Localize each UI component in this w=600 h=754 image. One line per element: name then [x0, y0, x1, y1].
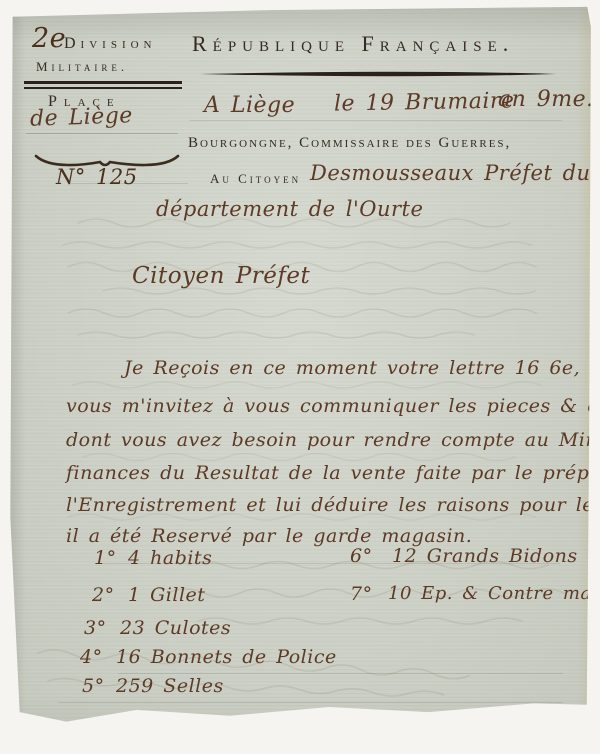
- list-item-number: 2°: [92, 584, 115, 606]
- list-item-text: 16 Bonnets de Police: [116, 646, 337, 668]
- guide-line: [190, 120, 562, 121]
- addressee-label: Au Citoyen: [210, 171, 301, 187]
- list-item-text: 23 Culotes: [120, 617, 231, 639]
- author-line: Bourgongne, Commissaire des Guerres,: [188, 135, 511, 152]
- guide-line: [58, 702, 563, 703]
- list-item-number: 6°: [350, 545, 373, 567]
- addressee-line2-handwritten: département de l'Ourte: [156, 197, 423, 221]
- date-main-handwritten: le 19 Brumaire: [334, 88, 515, 116]
- body-line: il a été Reservé par le garde magasin.: [66, 525, 472, 547]
- body-line: vous m'invitez à vous communiquer les pi…: [66, 395, 600, 417]
- list-item-text: 259 Selles: [116, 675, 224, 697]
- date-place-handwritten: A Liège: [204, 93, 295, 118]
- list-item-text: 10 Ep. & Contre marq.d: [388, 583, 600, 604]
- guide-line: [26, 133, 178, 134]
- place-city-handwritten: de Liège: [30, 103, 134, 132]
- list-item-number: 4°: [80, 646, 103, 668]
- document-number-handwritten: N° 125: [56, 165, 138, 189]
- republic-title: République Française.: [192, 31, 514, 57]
- body-line: Je Reçois en ce moment votre lettre 16 6…: [124, 357, 600, 379]
- militaire-label: Militaire.: [36, 59, 128, 75]
- body-line: finances du Resultat de la vente faite p…: [66, 462, 600, 484]
- guide-line: [118, 673, 563, 674]
- photo-of-letter: 2e Division Militaire. Place de Liège N°…: [0, 0, 600, 754]
- double-rule: [24, 81, 182, 89]
- division-label: Division: [64, 35, 157, 53]
- list-item-text: 1 Gillet: [128, 584, 205, 606]
- list-item-text: 4 habits: [128, 547, 212, 569]
- list-item-number: 7°: [350, 583, 373, 605]
- list-item-number: 5°: [82, 675, 105, 697]
- list-item-number: 3°: [84, 617, 107, 639]
- addressee-name-handwritten: Desmousseaux Préfet du: [310, 161, 591, 185]
- salutation: Citoyen Préfet: [132, 263, 310, 289]
- letter-paper: 2e Division Militaire. Place de Liège N°…: [8, 5, 592, 737]
- body-line: l'Enregistrement et lui déduire les rais…: [66, 494, 600, 516]
- list-item-number: 1°: [94, 547, 117, 569]
- swelled-rule: [198, 69, 558, 79]
- list-item-text: 12 Grands Bidons: [392, 545, 578, 567]
- body-line: dont vous avez besoin pour rendre compte…: [66, 429, 600, 451]
- date-year-handwritten: an 9me.: [498, 87, 594, 112]
- division-number-handwritten: 2e: [32, 23, 66, 54]
